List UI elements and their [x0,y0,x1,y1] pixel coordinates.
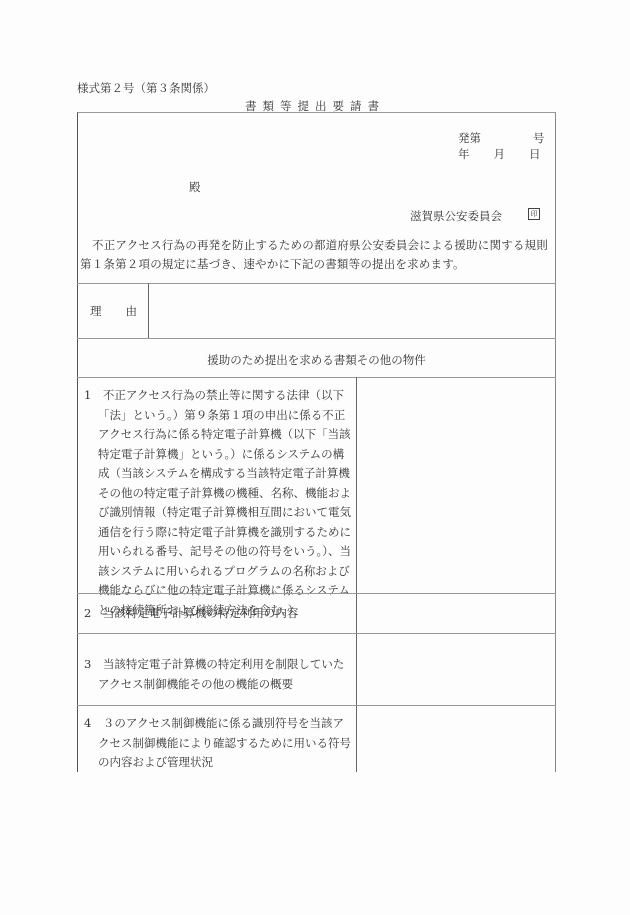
seal-icon: 印 [528,208,540,220]
date-day-label: 日 [529,147,541,161]
item-3: 3 当該特定電子計算機の特定利用を制限していたアクセス制御機能その他の機能の概要 [84,655,354,694]
divider [356,377,357,772]
date-month-label: 月 [494,147,506,161]
divider [77,377,556,378]
reason-label-char: 理 [90,304,102,318]
divider [77,705,556,706]
divider [77,633,556,634]
addressee-suffix: 殿 [189,179,201,195]
document-number: 発第号 [458,130,545,146]
issue-date: 年月日 [458,146,541,162]
items-header: 援助のため提出を求める書類その他の物件 [77,352,556,368]
item-1-field[interactable] [358,379,554,591]
item-4: 4 ３のアクセス制御機能に係る識別符号を当該アクセス制御機能により確認するために… [84,714,354,773]
item-1: 1 不正アクセス行為の禁止等に関する法律（以下「法」という。）第９条第１項の申出… [84,386,354,620]
item-number: 2 [84,606,91,620]
number-prefix: 発第 [458,130,481,146]
item-2-field[interactable] [358,595,554,631]
issuer-name: 滋賀県公安委員会 [410,208,502,224]
divider [148,283,149,338]
number-suffix: 号 [533,130,545,146]
item-number: 4 [84,716,91,730]
reason-label: 理由 [90,303,137,319]
item-4-field[interactable] [358,707,554,771]
seal-mark: 印 [528,208,540,220]
date-year-label: 年 [458,147,470,161]
divider [77,338,556,339]
item-number: 1 [84,388,91,402]
item-text: ３のアクセス制御機能に係る識別符号を当該アクセス制御機能により確認するために用い… [98,716,351,769]
reason-label-char: 由 [126,304,138,318]
item-text: 当該特定電子計算機の特定利用の内容 [103,606,299,620]
item-3-field[interactable] [358,635,554,703]
item-2: 2 当該特定電子計算機の特定利用の内容 [84,604,354,624]
divider [77,593,556,594]
form-number: 様式第２号（第３条関係） [77,80,215,96]
item-text: 不正アクセス行為の禁止等に関する法律（以下「法」という。）第９条第１項の申出に係… [98,388,351,617]
request-body-text: 不正アクセス行為の再発を防止するための都道府県公安委員会による援助に関する規則第… [80,236,552,274]
item-text: 当該特定電子計算機の特定利用を制限していたアクセス制御機能その他の機能の概要 [98,657,344,691]
item-number: 3 [84,657,91,671]
reason-field[interactable] [150,285,554,337]
